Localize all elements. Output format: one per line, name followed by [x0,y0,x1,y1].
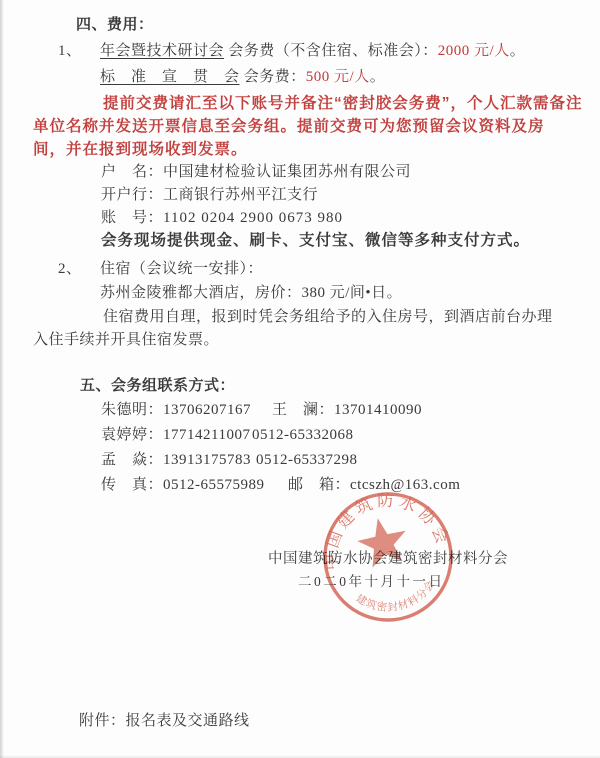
official-seal: 中国建筑防水协会 建筑密封材料分会 [318,487,458,627]
bank-branch-value: 工商银行苏州平江支行 [163,187,318,203]
attachment-note: 附件：报名表及交通路线 [79,710,250,733]
fee-item1-meeting-name: 年会暨技术研讨会 [100,43,224,59]
fee-item1-label: 会务费（不含住宿、标准会）： [224,43,438,59]
bank-branch-row: 开户行：工商银行苏州平江支行 [101,184,318,207]
fee-item1b-label: 会务费： [240,69,306,85]
contact-phone: 0512-65337298 [256,452,358,468]
bank-account-name-value: 中国建材检验认证集团苏州有限公司 [163,164,411,180]
payment-notice-line-1: 提前交费请汇至以下账号并备注“密封胶会务费”，个人汇款需备注 [103,92,583,115]
fee-item1b-price: 500 元/人 [306,69,370,85]
bank-account-name-label: 户 名： [101,164,163,180]
contact-row-1-col-1: 朱德明：13706207167 [101,399,251,422]
contact-phone: 13706207167 [163,402,251,418]
fee-item1-number: 1、 [58,40,82,63]
fee-item1-line: 年会暨技术研讨会 会务费（不含住宿、标准会）：2000 元/人。 [100,40,525,63]
accommodation-para-line-1: 住宿费用自理，报到时凭会务组给予的入住房号，到酒店前台办理 [103,306,553,329]
bank-number-row: 账 号：1102 0204 2900 0673 980 [101,207,343,230]
bank-branch-label: 开户行： [101,187,163,203]
contact-row-2-col-1: 袁婷婷：17714211007 [101,424,250,447]
payment-notice-line-3: 间，并在报到现场收到发票。 [33,138,248,161]
section-contact-heading: 五、会务组联系方式： [80,374,235,397]
bank-number-label: 账 号： [101,210,163,226]
accommodation-para-line-2: 入住手续并开具住宿发票。 [33,329,219,352]
svg-text:中国建筑防水协会: 中国建筑防水协会 [318,487,454,574]
fee-item1b-period: 。 [370,69,386,85]
fax-label: 传 真： [101,477,163,493]
bank-account-name-row: 户 名：中国建材检验认证集团苏州有限公司 [101,161,411,184]
fee-item1-price: 2000 元/人 [438,43,510,59]
contact-row-1-col-2: 王 澜：13701410090 [272,399,422,422]
accommodation-title: 住宿（会议统一安排）： [100,258,263,281]
fax-number: 0512-65575989 [163,477,265,493]
hotel-line: 苏州金陵雅都大酒店，房价：380 元/间•日。 [100,282,402,305]
contact-row-3-col-2: 0512-65337298 [256,449,358,472]
contact-name: 朱德明： [101,402,163,418]
scanned-document-page: 四、费用： 1、 年会暨技术研讨会 会务费（不含住宿、标准会）：2000 元/人… [0,0,600,758]
fee-item1b-line: 标 准 宣 贯 会 会务费：500 元/人。 [100,66,385,89]
contact-name: 王 澜： [272,402,334,418]
contact-phone: 13913175783 [163,452,251,468]
payment-notice-line-2: 单位名称并发送开票信息至会务组。提前交费可为您预留会议资料及房 [33,115,545,138]
contact-name: 袁婷婷： [101,427,163,443]
contact-phone: 13701410090 [334,402,422,418]
section-fee-heading: 四、费用： [76,13,154,36]
seal-star-icon [354,513,412,569]
contact-row-3-col-1: 孟 焱：13913175783 [101,449,251,472]
onsite-payment-note: 会务现场提供现金、刷卡、支付宝、微信等多种支付方式。 [101,229,530,252]
bank-number-value: 1102 0204 2900 0673 980 [163,210,343,226]
accommodation-item-number: 2、 [58,258,82,281]
contact-phone: 0512-65332068 [252,427,354,443]
fee-item1-period: 。 [510,43,526,59]
contact-row-2-col-2: 0512-65332068 [252,424,354,447]
contact-name: 孟 焱： [101,452,163,468]
scan-edge-left [0,0,4,758]
seal-top-text: 中国建筑防水协会 [318,487,454,574]
contact-phone: 17714211007 [163,427,250,443]
contact-row-4-col-1: 传 真：0512-65575989 [101,474,265,497]
fee-item1b-meeting-name: 标 准 宣 贯 会 [100,69,240,85]
